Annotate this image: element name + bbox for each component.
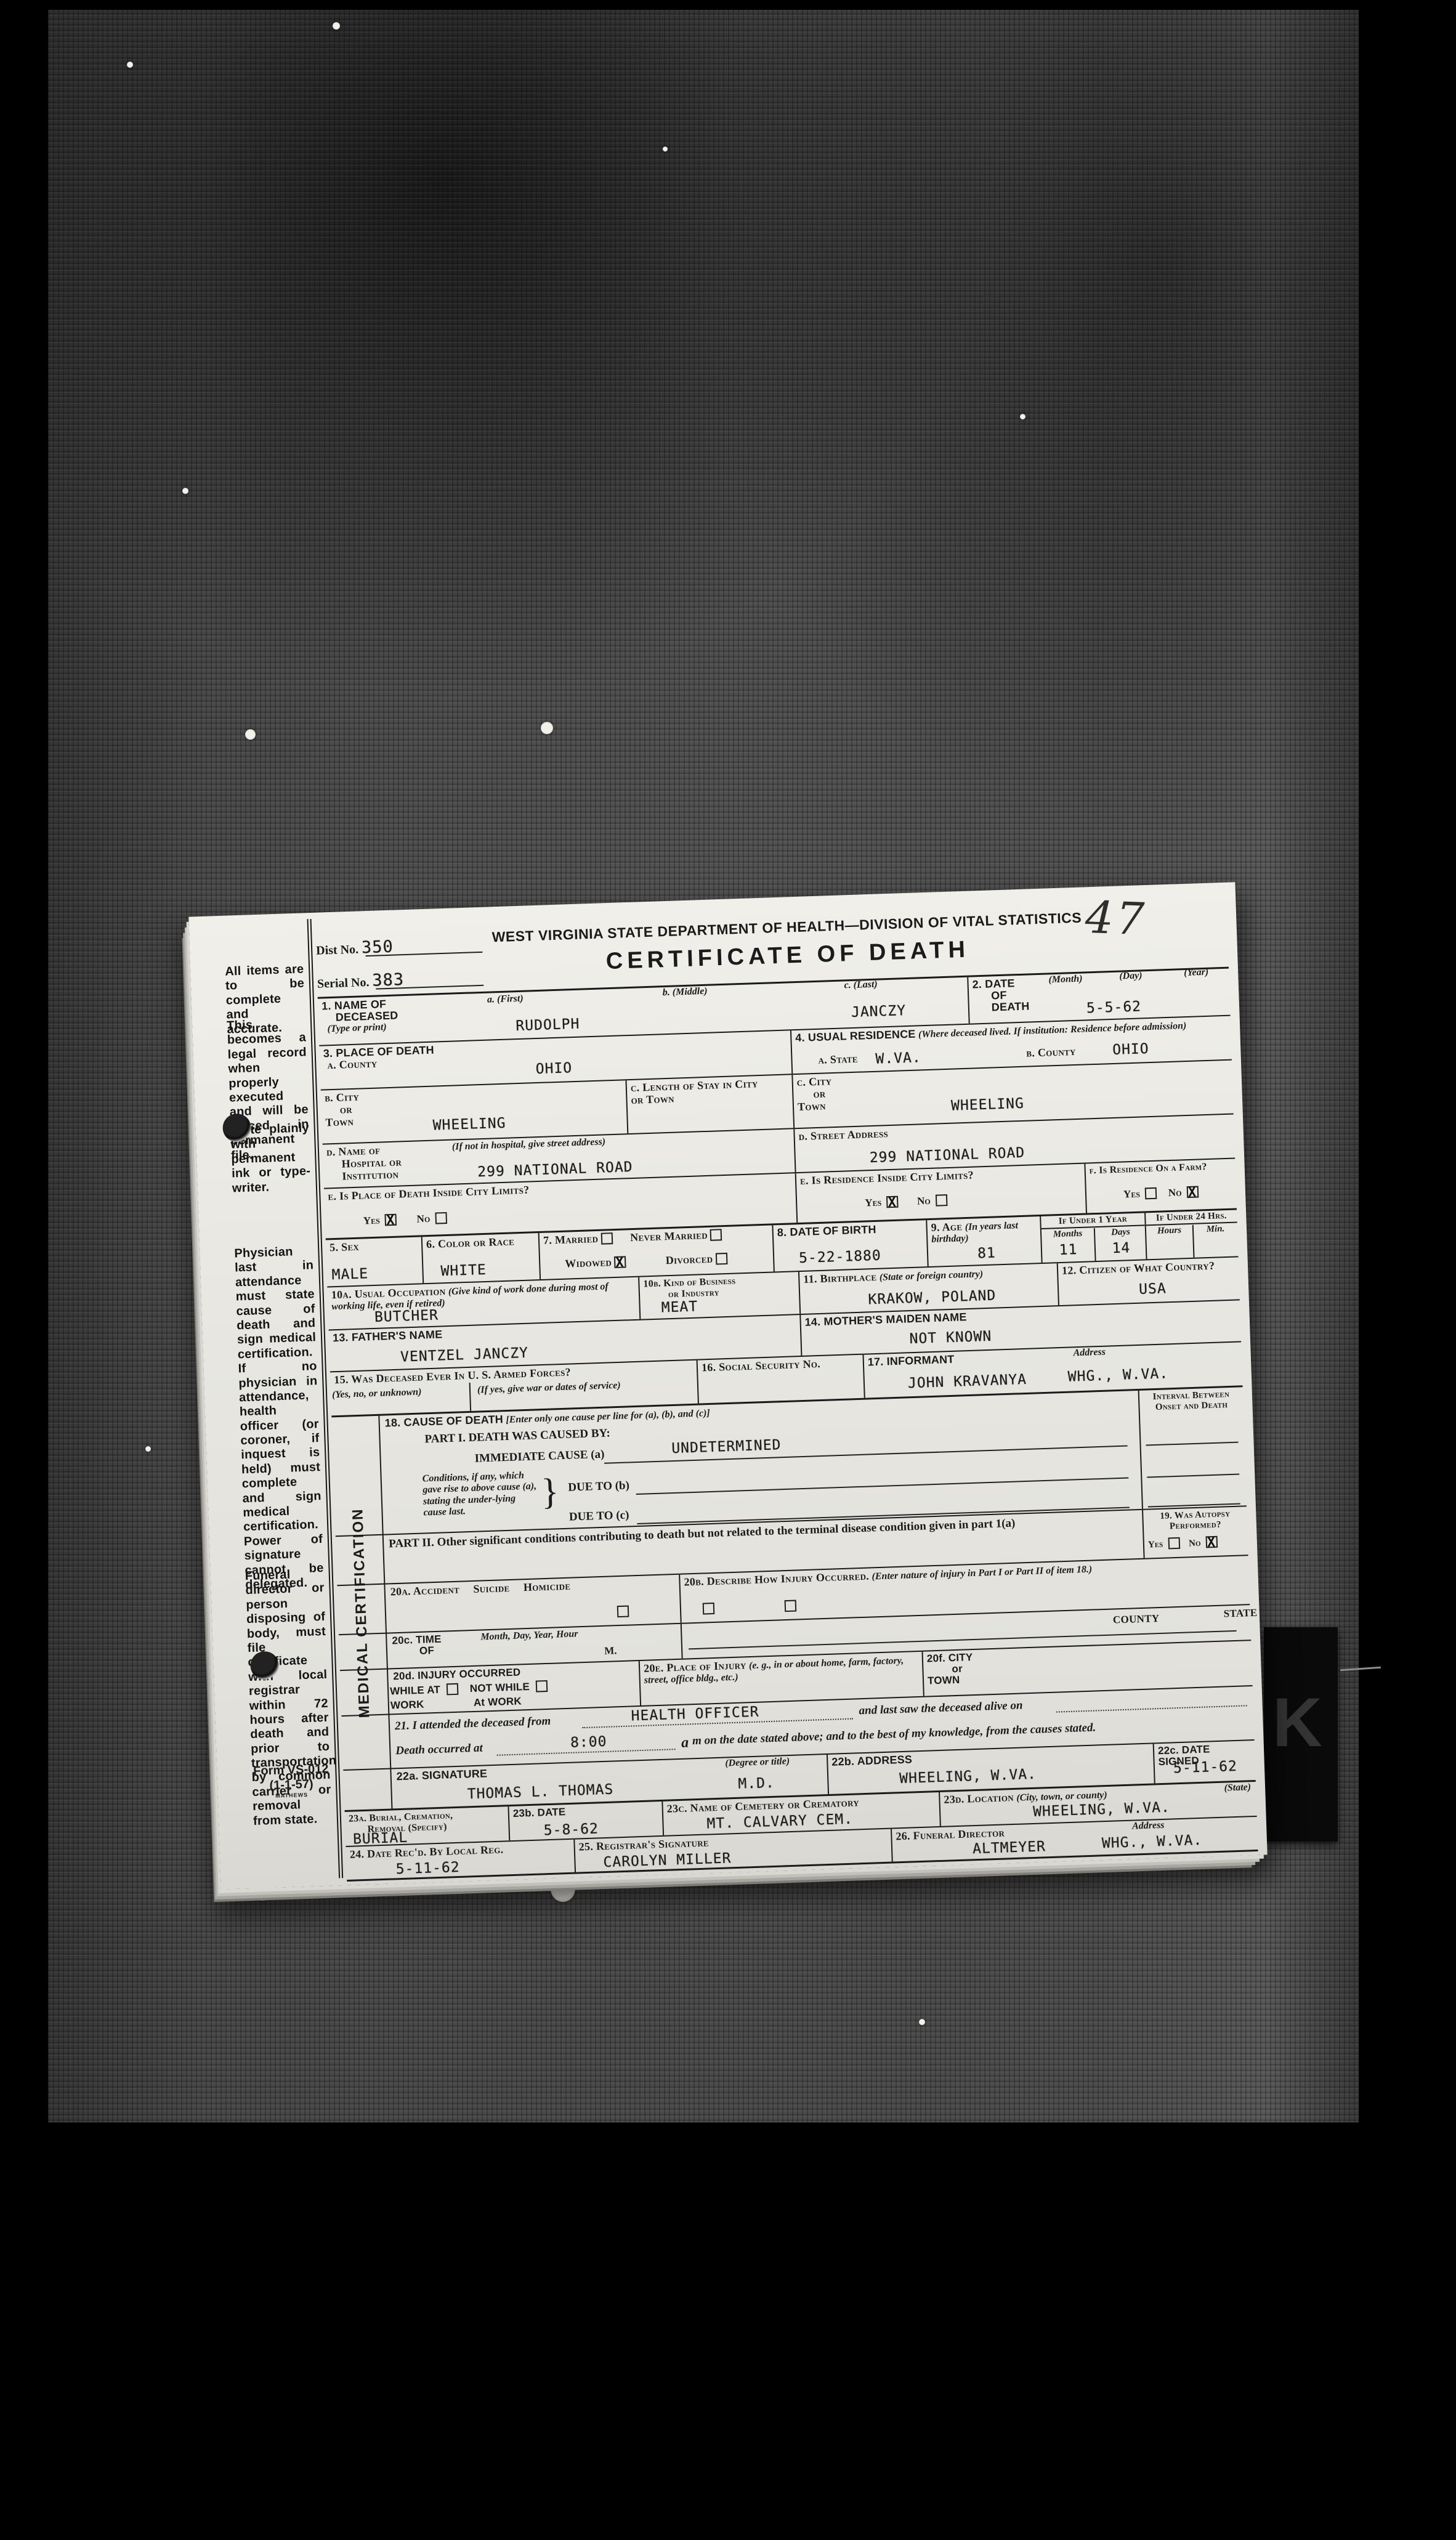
sex-label: 5. Sex: [330, 1239, 418, 1255]
cod-label: 18. CAUSE OF DEATH: [384, 1413, 503, 1429]
handwritten-file-number: 47: [1085, 895, 1147, 942]
occupation-value: BUTCHER: [374, 1309, 439, 1325]
field-date-of-death: 2. DATE OF DEATH (Month) (Day) (Year) 5-…: [967, 969, 1230, 1024]
mother-value: NOT KNOWN: [909, 1330, 992, 1346]
field-sex: 5. Sex MALE: [326, 1237, 423, 1286]
yes-label: Yes: [865, 1197, 882, 1209]
no-label: No: [917, 1195, 931, 1207]
pod-county-value: OHIO: [535, 1061, 572, 1077]
attended-value: HEALTH OFFICER: [631, 1705, 759, 1724]
checkbox-mark: X: [386, 1213, 395, 1228]
farm-yes-checkbox: [1145, 1187, 1157, 1200]
cause-line-b: [636, 1478, 1129, 1495]
race-label: 6. Color or Race: [426, 1235, 535, 1251]
burial-date-label: 23b. DATE: [513, 1803, 658, 1819]
hosp-value: 299 NATIONAL ROAD: [477, 1160, 633, 1179]
no-label: No: [1189, 1539, 1201, 1549]
not-while-at-work-checkbox: [536, 1680, 548, 1693]
cod-bracket: [Enter only one cause per line for (a), …: [506, 1408, 710, 1425]
dust-speck: [145, 1446, 151, 1452]
dod-year-label: (Year): [1184, 967, 1209, 979]
dob-label: 8. DATE OF BIRTH: [777, 1222, 922, 1239]
date-received-label: 24. Date Rec'd. By Local Reg.: [350, 1842, 570, 1861]
married-label: 7. Married: [543, 1232, 599, 1247]
field-color-race: 6. Color or Race WHITE: [421, 1233, 540, 1283]
ssn-label: 16. Social Security No.: [702, 1357, 860, 1374]
months-label: Months: [1041, 1228, 1094, 1240]
burial-location-label: 23d. Location: [944, 1791, 1014, 1806]
serial-no-text: Serial No.: [317, 976, 370, 991]
dust-speck: [333, 22, 340, 30]
ur-state-label: a. State: [818, 1053, 858, 1067]
brace-glyph: }: [540, 1470, 559, 1513]
hours-label: Hours: [1146, 1225, 1193, 1237]
informant-address-label: Address: [1073, 1347, 1106, 1359]
business-value: MEAT: [661, 1300, 698, 1316]
state-hint: (State): [1224, 1782, 1251, 1794]
fd-address-label: Address: [1132, 1820, 1165, 1832]
attended-pre: 21. I attended the deceased from: [395, 1715, 551, 1733]
fd-address-value: WHG., W.VA.: [1102, 1834, 1203, 1851]
interval-line-b: [1147, 1474, 1239, 1478]
field-under-1-year: If Under 1 Year Months 11 Days 14: [1040, 1213, 1146, 1263]
burial-location-hint: (City, town, or county): [1016, 1790, 1107, 1803]
field-burial: 23a. Burial, Cremation, Removal (Specify…: [345, 1806, 509, 1846]
ur-hint: (Where deceased lived. If institution: R…: [918, 1021, 1187, 1040]
suicide-label: Suicide: [473, 1582, 510, 1595]
burial-date-value: 5-8-62: [543, 1822, 599, 1838]
field-under-24-hrs: If Under 24 Hrs. Hours Min.: [1144, 1210, 1238, 1259]
stay-label: c. Length of Stay in City or Town: [631, 1077, 773, 1106]
married-checkbox: [601, 1232, 613, 1245]
farm-label: f. Is Residence On a Farm?: [1089, 1161, 1231, 1176]
accident-checkbox: [617, 1606, 629, 1618]
death-occurred-label: Death occurred at: [395, 1742, 483, 1758]
death-time-value: 8:00: [570, 1735, 607, 1750]
while-at-work-checkbox: [447, 1683, 459, 1696]
signature-value: THOMAS L. THOMAS: [467, 1783, 613, 1802]
dust-speck: [541, 722, 553, 734]
ur-limits-no-checkbox: [936, 1194, 948, 1207]
divorced-label: Divorced: [665, 1253, 713, 1267]
immediate-cause-label: IMMEDIATE CAUSE (a): [474, 1448, 604, 1466]
ur-label: 4. USUAL RESIDENCE: [795, 1028, 916, 1044]
yes-label: Yes: [363, 1215, 380, 1227]
widowed-checkbox: X: [614, 1256, 626, 1268]
field-citizen: 12. Citizen of What Country? USA: [1057, 1257, 1240, 1305]
forces-hint1: (Yes, no, or unknown): [332, 1387, 422, 1401]
field-date-received: 24. Date Rec'd. By Local Reg. 5-11-62: [346, 1840, 575, 1880]
cemetery-value: MT. CALVARY CEM.: [706, 1813, 853, 1832]
homicide-label: Homicide: [524, 1580, 571, 1594]
date-signed-value: 5-11-62: [1173, 1760, 1238, 1776]
form-number: Form VS-012 (1-1-57) MATHEWS: [251, 1761, 331, 1800]
first-name-value: RUDOLPH: [516, 1017, 580, 1033]
at-work-label: At WORK: [474, 1695, 522, 1709]
race-value: WHITE: [440, 1263, 487, 1279]
yes-label: Yes: [1123, 1188, 1141, 1200]
age-label: 9. Age: [931, 1220, 962, 1234]
birthplace-label: 11. Birthplace: [803, 1271, 877, 1285]
while-at-label: WHILE AT: [390, 1684, 440, 1697]
field-ur-limits: e. Is Residence Inside City Limits? Yes …: [795, 1164, 1086, 1223]
margin-instructions: All items are to be complete and accurat…: [223, 913, 334, 1888]
not-while-label: NOT WHILE: [470, 1681, 530, 1694]
accident-label: 20a. Accident: [390, 1583, 459, 1598]
attended-mid: and last saw the deceased alive on: [859, 1699, 1023, 1718]
days-value: 14: [1096, 1241, 1147, 1257]
months-value: 11: [1042, 1242, 1095, 1258]
forces-hint2: (If yes, give war or dates of service): [477, 1378, 681, 1396]
father-value: VENTZEL JANCZY: [400, 1346, 529, 1365]
checkbox-mark: X: [888, 1195, 896, 1210]
medical-certification-section: MEDICAL CERTIFICATION 18. CAUSE OF DEATH…: [331, 1385, 1255, 1810]
autopsy-no-checkbox: X: [1206, 1536, 1218, 1548]
death-occurred-suffix: m on the date stated above; and to the b…: [692, 1721, 1096, 1749]
yes-label: Yes: [1148, 1540, 1163, 1550]
birthplace-hint: (State or foreign country): [880, 1269, 984, 1283]
days-label: Days: [1095, 1226, 1147, 1239]
field-business: 10b. Kind of Business or Industry MEAT: [638, 1272, 799, 1319]
dust-speck: [663, 147, 668, 152]
due-to-b-label: DUE TO (b): [568, 1479, 629, 1494]
dust-speck: [182, 488, 188, 494]
immediate-cause-value: UNDETERMINED: [671, 1438, 782, 1456]
pod-limits-yes-checkbox: X: [385, 1214, 397, 1226]
conditions-note: Conditions, if any, which gave rise to a…: [422, 1470, 540, 1519]
attended-dotline2: [1056, 1705, 1247, 1712]
due-to-c-label: DUE TO (c): [569, 1508, 629, 1524]
part1-label: PART I. DEATH WAS CAUSED BY:: [424, 1426, 610, 1446]
toi-m: M.: [604, 1644, 617, 1657]
ur-county-value: OHIO: [1112, 1042, 1149, 1058]
dod-month-label: (Month): [1048, 974, 1083, 986]
describe-injury-hint: (Enter nature of injury in Part I or Par…: [872, 1564, 1092, 1582]
work-label: WORK: [390, 1699, 424, 1712]
never-married-checkbox: [710, 1229, 722, 1241]
citizen-label: 12. Citizen of What Country?: [1062, 1260, 1236, 1277]
never-married-label: Never Married: [630, 1229, 708, 1244]
field-autopsy: 19. Was Autopsy Performed? Yes No X: [1142, 1507, 1248, 1558]
ur-state-value: W.VA.: [875, 1051, 921, 1066]
field-farm: f. Is Residence On a Farm? Yes No X: [1084, 1159, 1237, 1213]
state-header: STATE: [1223, 1608, 1257, 1620]
farm-no-checkbox: X: [1187, 1186, 1199, 1199]
pod-city-value: WHEELING: [432, 1117, 506, 1133]
no-label: No: [416, 1213, 430, 1225]
field-date-of-birth: 8. DATE OF BIRTH 5-22-1880: [772, 1220, 927, 1271]
field-burial-date: 23b. DATE 5-8-62: [508, 1802, 663, 1840]
street-value: 299 NATIONAL ROAD: [870, 1146, 1025, 1165]
dob-value: 5-22-1880: [799, 1249, 881, 1266]
certificate-form: WEST VIRGINIA STATE DEPARTMENT OF HEALTH…: [315, 890, 1258, 1882]
autopsy-yes-checkbox: [1168, 1537, 1180, 1550]
no-label: No: [1168, 1186, 1182, 1199]
ur-city-value: WHEELING: [951, 1097, 1024, 1114]
field-marital-status: 7. Married Never Married Widowed X Divor…: [538, 1225, 774, 1279]
last-name-value: JANCZY: [851, 1004, 907, 1020]
degree-label: (Degree or title): [725, 1756, 790, 1770]
informant-value: JOHN KRAVANYA: [908, 1373, 1027, 1391]
dod-day-label: (Day): [1119, 970, 1143, 982]
county-header: COUNTY: [1113, 1613, 1160, 1626]
index-tab-letter: K: [1272, 1683, 1322, 1762]
checkbox-mark: X: [1207, 1535, 1216, 1550]
ampm-mark: a: [681, 1734, 689, 1751]
pod-limits-no-checkbox: [435, 1212, 447, 1224]
under24-label: If Under 24 Hrs.: [1146, 1210, 1237, 1225]
field-length-of-stay: c. Length of Stay in City or Town: [625, 1075, 793, 1133]
informant-address-value: WHG., W.VA.: [1067, 1367, 1168, 1384]
dust-speck: [1020, 414, 1025, 419]
sig-address-value: WHEELING, W.VA.: [899, 1768, 1037, 1786]
date-received-value: 5-11-62: [395, 1861, 460, 1877]
divorced-checkbox: [715, 1253, 727, 1265]
form-number-line1: Form VS-012: [251, 1761, 331, 1779]
widowed-label: Widowed: [565, 1256, 612, 1269]
field-age: 9. Age (In years last birthday) 81: [926, 1216, 1041, 1266]
field-injury-occurred: 20d. INJURY OCCURRED WHILE AT NOT WHILE …: [389, 1661, 640, 1713]
birthplace-value: KRAKOW, POLAND: [868, 1288, 997, 1307]
checkbox-mark: X: [1188, 1185, 1197, 1200]
field-date-signed: 22c. DATE SIGNED 5-11-62: [1153, 1741, 1256, 1783]
dist-no-text: Dist No.: [316, 943, 359, 958]
min-label: Min.: [1194, 1223, 1238, 1236]
field-ssn: 16. Social Security No.: [697, 1355, 864, 1404]
dust-speck: [919, 2019, 925, 2025]
citizen-value: USA: [1139, 1282, 1167, 1296]
paper-dot: [551, 1876, 575, 1902]
funeral-director-value: ALTMEYER: [973, 1840, 1046, 1856]
margin-note: Physician last in attendance must state …: [234, 1244, 325, 1592]
interval-line-a: [1146, 1442, 1239, 1446]
death-certificate: All items are to be complete and accurat…: [188, 882, 1267, 1889]
ur-limits-yes-checkbox: X: [886, 1196, 899, 1208]
first-label: a. (First): [487, 993, 524, 1006]
degree-value: M.D.: [738, 1776, 775, 1792]
dust-speck: [127, 62, 133, 68]
field-pod-city: b. City or Town WHEELING: [321, 1080, 628, 1143]
registrar-value: CAROLYN MILLER: [603, 1851, 732, 1870]
describe-injury-label: 20b. Describe How Injury Occurred.: [684, 1570, 869, 1588]
sex-value: MALE: [331, 1267, 368, 1282]
last-label: c. (Last): [844, 979, 878, 992]
ur-county-label: b. County: [1026, 1046, 1076, 1059]
scanned-document-page: { "colors":{"paper":"#e7e6e1","ink":"#1b…: [0, 0, 1456, 2540]
index-tab: K: [1264, 1627, 1338, 1842]
middle-label: b. (Middle): [662, 986, 707, 999]
field-interval: Interval Between Onset and Death: [1138, 1387, 1247, 1509]
dod-value: 5-5-62: [1086, 1000, 1142, 1016]
checkbox-mark: X: [615, 1255, 624, 1271]
dust-speck: [245, 729, 256, 740]
age-value: 81: [977, 1246, 996, 1261]
burial-location-value: WHEELING, W.VA.: [1033, 1801, 1170, 1819]
